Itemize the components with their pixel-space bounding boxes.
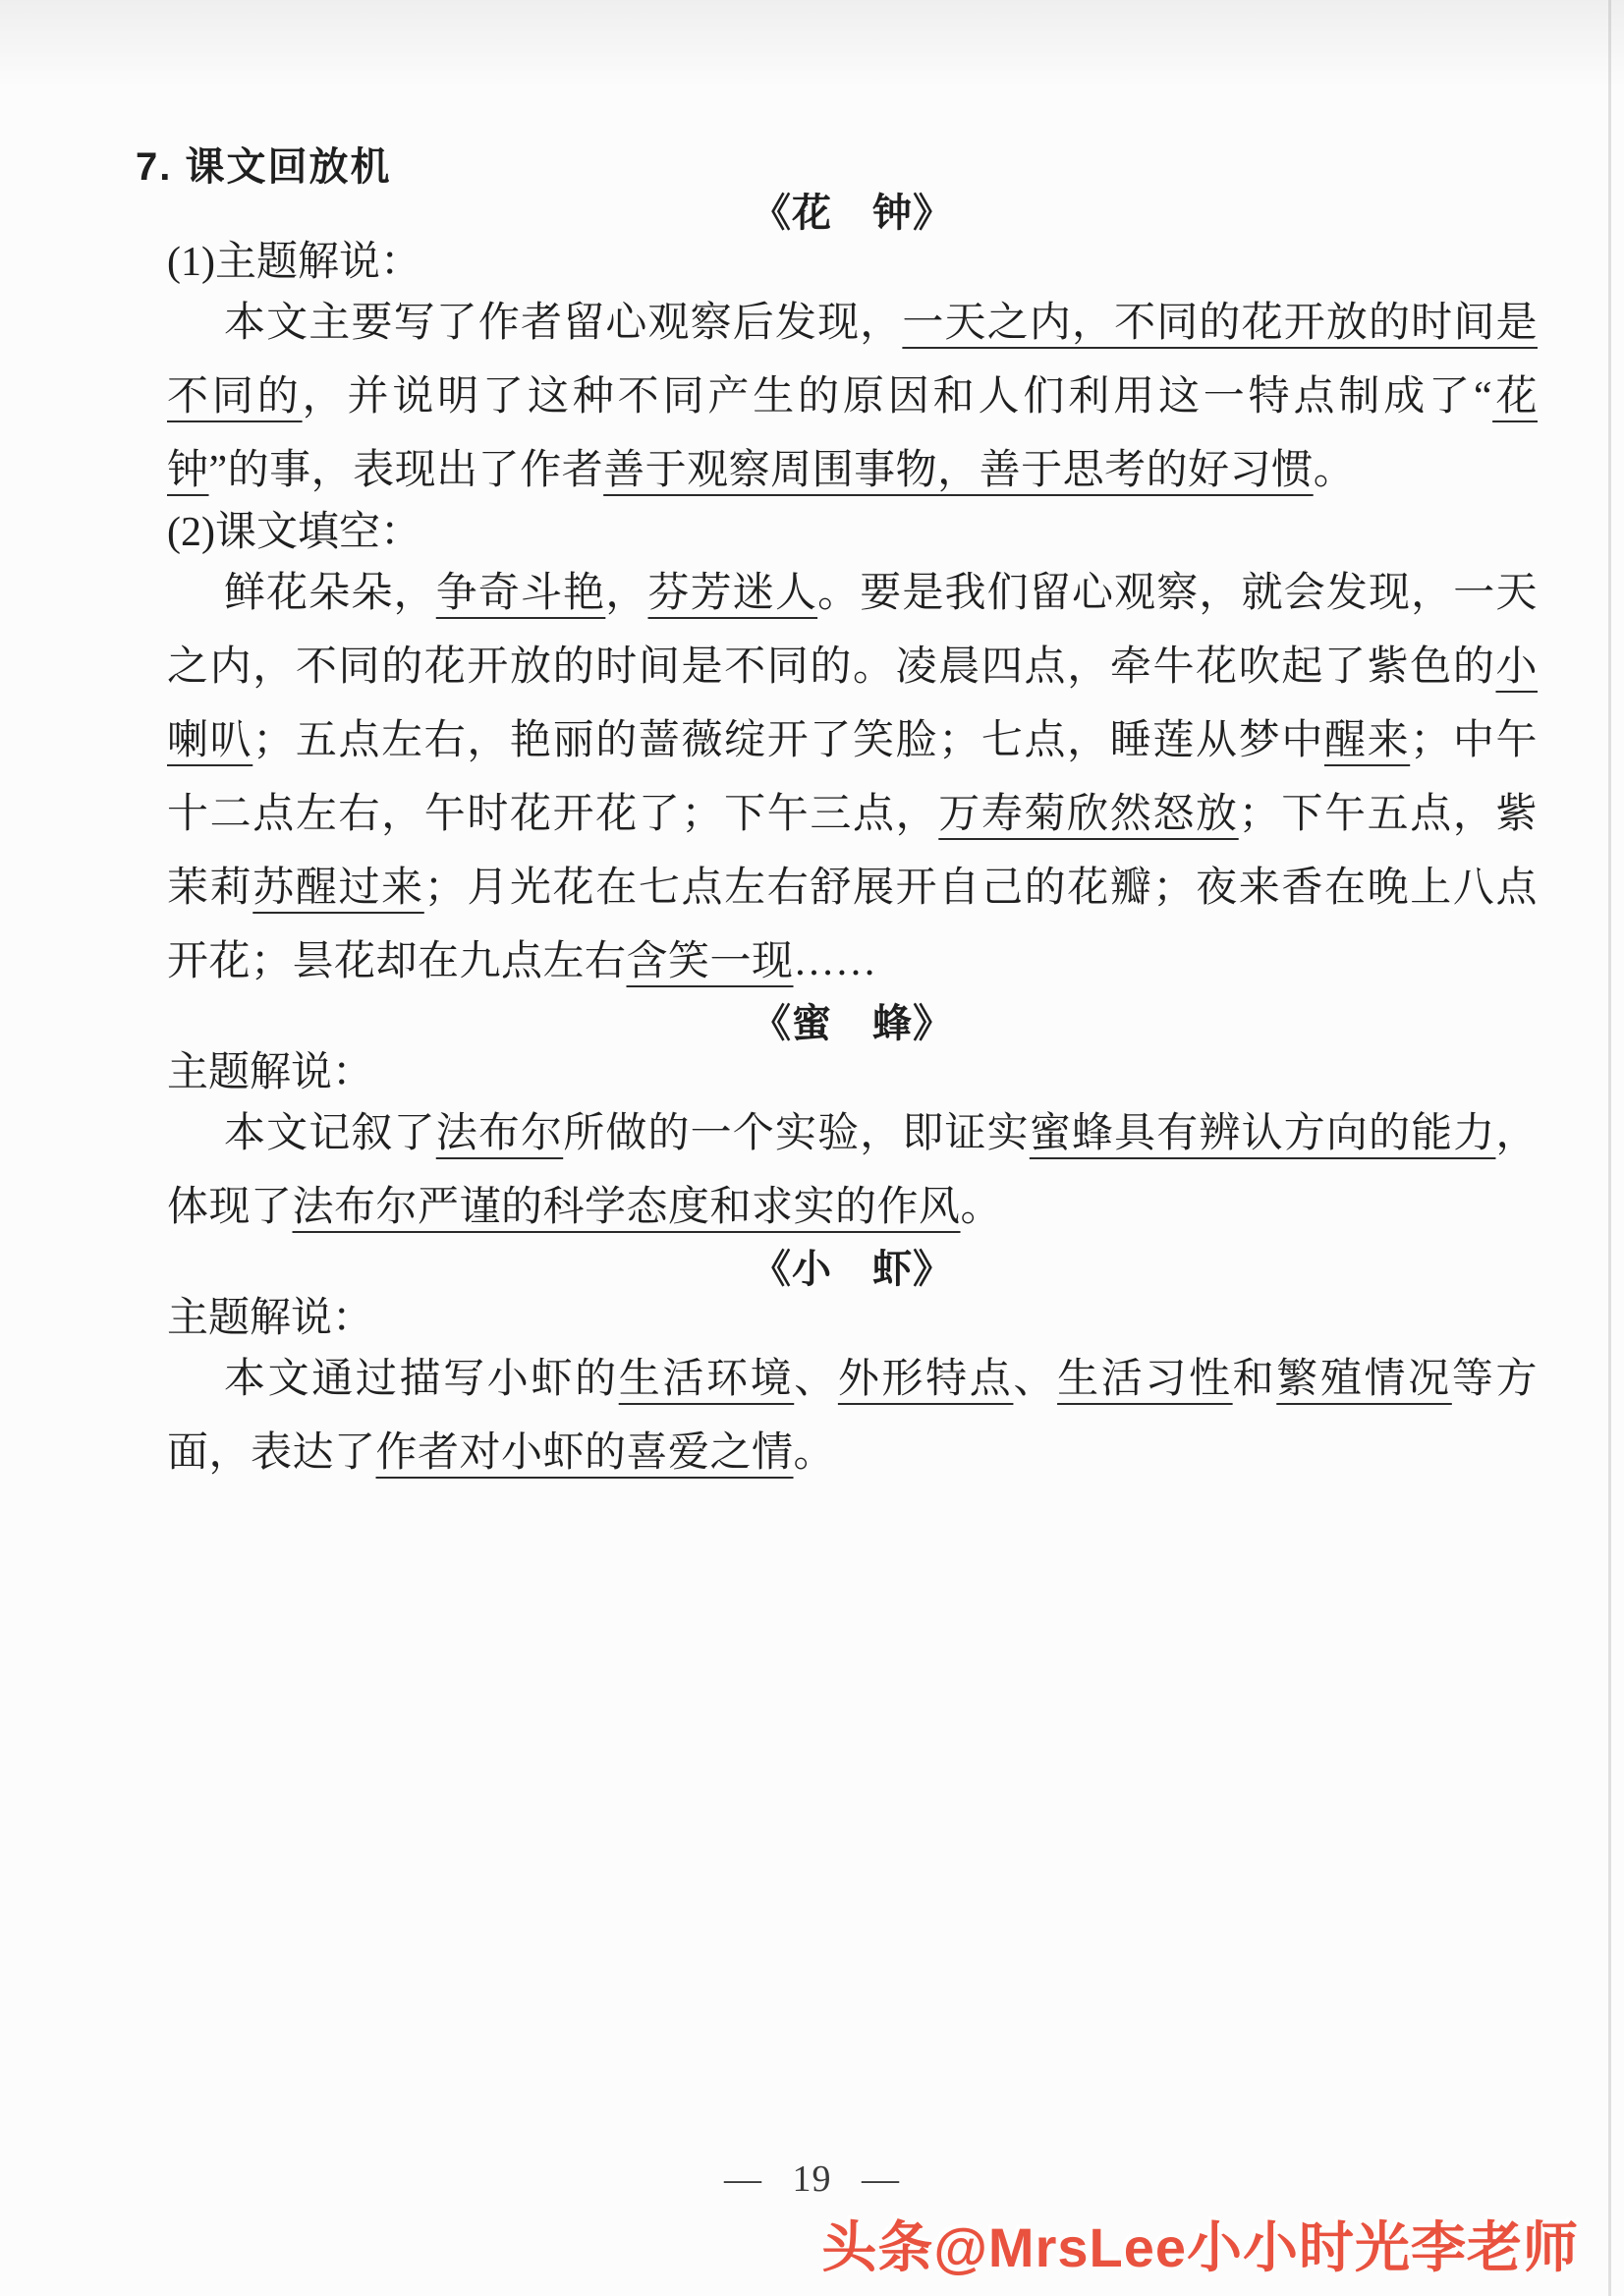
underlined-answer: 法布尔 bbox=[436, 1111, 563, 1156]
paragraph-theme-explanation: 本文记叙了法布尔所做的一个实验，即证实蜜蜂具有辨认方向的能力，体现了法布尔严谨的… bbox=[167, 1097, 1538, 1245]
text-run: 本文主要写了作者留心观察后发现， bbox=[224, 301, 902, 346]
underlined-answer: 争奇斗艳 bbox=[436, 571, 606, 616]
subsection-label-theme: 主题解说： bbox=[167, 1294, 1538, 1343]
text-run: 。 bbox=[794, 1430, 836, 1476]
text-run: 本文通过描写小虾的 bbox=[224, 1357, 619, 1402]
text-run: 所做的一个实验，即证实 bbox=[563, 1111, 1030, 1156]
page-number: — 19 — bbox=[0, 2157, 1624, 2201]
paragraph-theme-explanation: 本文主要写了作者留心观察后发现，一天之内，不同的花开放的时间是不同的，并说明了这… bbox=[167, 287, 1538, 508]
page-title: 7. 课文回放机 bbox=[136, 145, 1538, 189]
underlined-answer: 生活习性 bbox=[1057, 1357, 1233, 1402]
text-run: 、 bbox=[1013, 1357, 1057, 1402]
underlined-answer: 繁殖情况 bbox=[1276, 1357, 1452, 1402]
underlined-answer: 法布尔严谨的科学态度和求实的作风 bbox=[293, 1185, 961, 1230]
document-page: 7. 课文回放机 《花 钟》 (1)主题解说： 本文主要写了作者留心观察后发现，… bbox=[0, 0, 1624, 2296]
section-flower-clock: 《花 钟》 (1)主题解说： 本文主要写了作者留心观察后发现，一天之内，不同的花… bbox=[167, 189, 1538, 999]
underlined-answer: 蜜蜂具有辨认方向的能力 bbox=[1030, 1111, 1496, 1156]
subsection-label-theme: 主题解说： bbox=[167, 1048, 1538, 1097]
paragraph-theme-explanation: 本文通过描写小虾的生活环境、外形特点、生活习性和繁殖情况等方面，表达了作者对小虾… bbox=[167, 1343, 1538, 1490]
page-content: 7. 课文回放机 《花 钟》 (1)主题解说： 本文主要写了作者留心观察后发现，… bbox=[0, 0, 1624, 1490]
text-run: …… bbox=[794, 939, 877, 984]
watermark: 头条@MrsLee小小时光李老师 bbox=[821, 2205, 1579, 2283]
text-run: 。 bbox=[1314, 448, 1356, 493]
underlined-answer: 醒来 bbox=[1324, 718, 1410, 763]
underlined-answer: 作者对小虾的喜爱之情 bbox=[376, 1430, 794, 1476]
section-little-shrimp: 《小 虾》 主题解说： 本文通过描写小虾的生活环境、外形特点、生活习性和繁殖情况… bbox=[167, 1245, 1538, 1490]
text-run: 、 bbox=[794, 1357, 838, 1402]
text-run: 本文记叙了 bbox=[224, 1111, 436, 1156]
underlined-answer: 生活环境 bbox=[619, 1357, 795, 1402]
text-run: ， bbox=[605, 571, 647, 616]
section-heading-flower-clock: 《花 钟》 bbox=[167, 189, 1538, 238]
section-bees: 《蜜 蜂》 主题解说： 本文记叙了法布尔所做的一个实验，即证实蜜蜂具有辨认方向的… bbox=[167, 999, 1538, 1245]
text-run: 和 bbox=[1233, 1357, 1277, 1402]
underlined-answer: 苏醒过来 bbox=[252, 866, 424, 911]
text-run: ”的事，表现出了作者 bbox=[209, 448, 604, 493]
text-run: 鲜花朵朵， bbox=[224, 571, 436, 616]
underlined-answer: 外形特点 bbox=[838, 1357, 1014, 1402]
underlined-answer: 万寿菊欣然怒放 bbox=[938, 792, 1238, 837]
subsection-label-fill-in: (2)课文填空： bbox=[167, 508, 1538, 557]
underlined-answer: 善于观察周围事物，善于思考的好习惯 bbox=[603, 448, 1314, 493]
section-heading-bees: 《蜜 蜂》 bbox=[167, 999, 1538, 1048]
underlined-answer: 含笑一现 bbox=[627, 939, 794, 984]
subsection-label-theme: (1)主题解说： bbox=[167, 238, 1538, 287]
section-heading-little-shrimp: 《小 虾》 bbox=[167, 1245, 1538, 1294]
text-run: ，并说明了这种不同产生的原因和人们利用这一特点制成了“ bbox=[303, 374, 1493, 420]
text-run: ；五点左右，艳丽的蔷薇绽开了笑脸；七点，睡莲从梦中 bbox=[252, 718, 1324, 763]
text-run: 。 bbox=[961, 1185, 1003, 1230]
underlined-answer: 芬芳迷人 bbox=[648, 571, 818, 616]
paragraph-fill-in-text: 鲜花朵朵，争奇斗艳，芬芳迷人。要是我们留心观察，就会发现，一天之内，不同的花开放… bbox=[167, 557, 1538, 999]
